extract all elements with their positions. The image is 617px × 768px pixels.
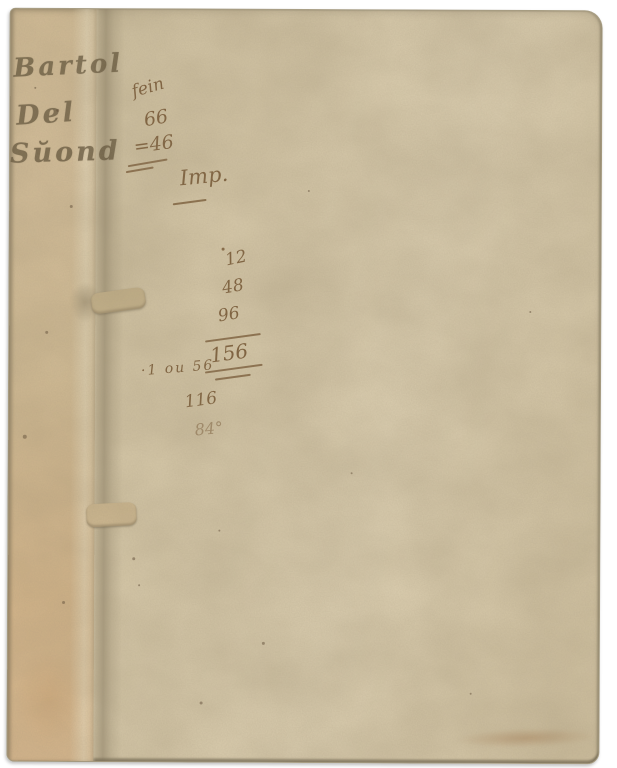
speck <box>138 584 140 586</box>
spine-title-line-1: Bartol <box>13 50 124 81</box>
speck <box>529 311 531 313</box>
underline-stroke <box>128 158 168 167</box>
speck <box>308 190 310 192</box>
speck <box>45 331 48 334</box>
annotation-116: 116 <box>184 390 218 411</box>
speck <box>218 530 220 532</box>
photo-background: Bartol Del Sŭond fein 66 =46 Imp. 12 48 … <box>0 0 617 768</box>
annotation-12: 12 <box>224 248 249 269</box>
spine-title-line-2: Del <box>15 99 76 130</box>
speck <box>70 205 73 208</box>
annotation-48: 48 <box>221 277 245 297</box>
speck <box>351 472 353 474</box>
spine-title-line-3: Sŭond <box>10 137 121 167</box>
annotation-66: 66 <box>143 107 170 130</box>
annotation-imp: Imp. <box>179 164 229 190</box>
speck <box>56 109 59 112</box>
underline-stroke <box>126 166 154 173</box>
speck <box>34 87 36 89</box>
bottom-right-stain <box>457 727 595 749</box>
speck <box>62 601 65 604</box>
sewing-support <box>86 502 137 527</box>
annotation-1ou56: ·1 ou 56 <box>140 358 214 378</box>
spine-foot-mottle <box>13 649 83 749</box>
speck <box>132 557 135 560</box>
annotation-fein: fein <box>130 76 166 101</box>
annotation-156: 156 <box>209 341 250 366</box>
speck <box>23 435 27 439</box>
hinge-groove <box>89 9 124 761</box>
underline-stroke <box>215 374 251 381</box>
speck <box>200 702 203 705</box>
underline-stroke <box>173 199 207 206</box>
speck <box>470 693 472 695</box>
annotation-96: 96 <box>217 305 241 325</box>
book-cover: Bartol Del Sŭond fein 66 =46 Imp. 12 48 … <box>6 8 602 765</box>
annotation-840: 84° <box>194 420 224 439</box>
speck <box>262 642 265 645</box>
annotation-46: =46 <box>133 133 175 157</box>
